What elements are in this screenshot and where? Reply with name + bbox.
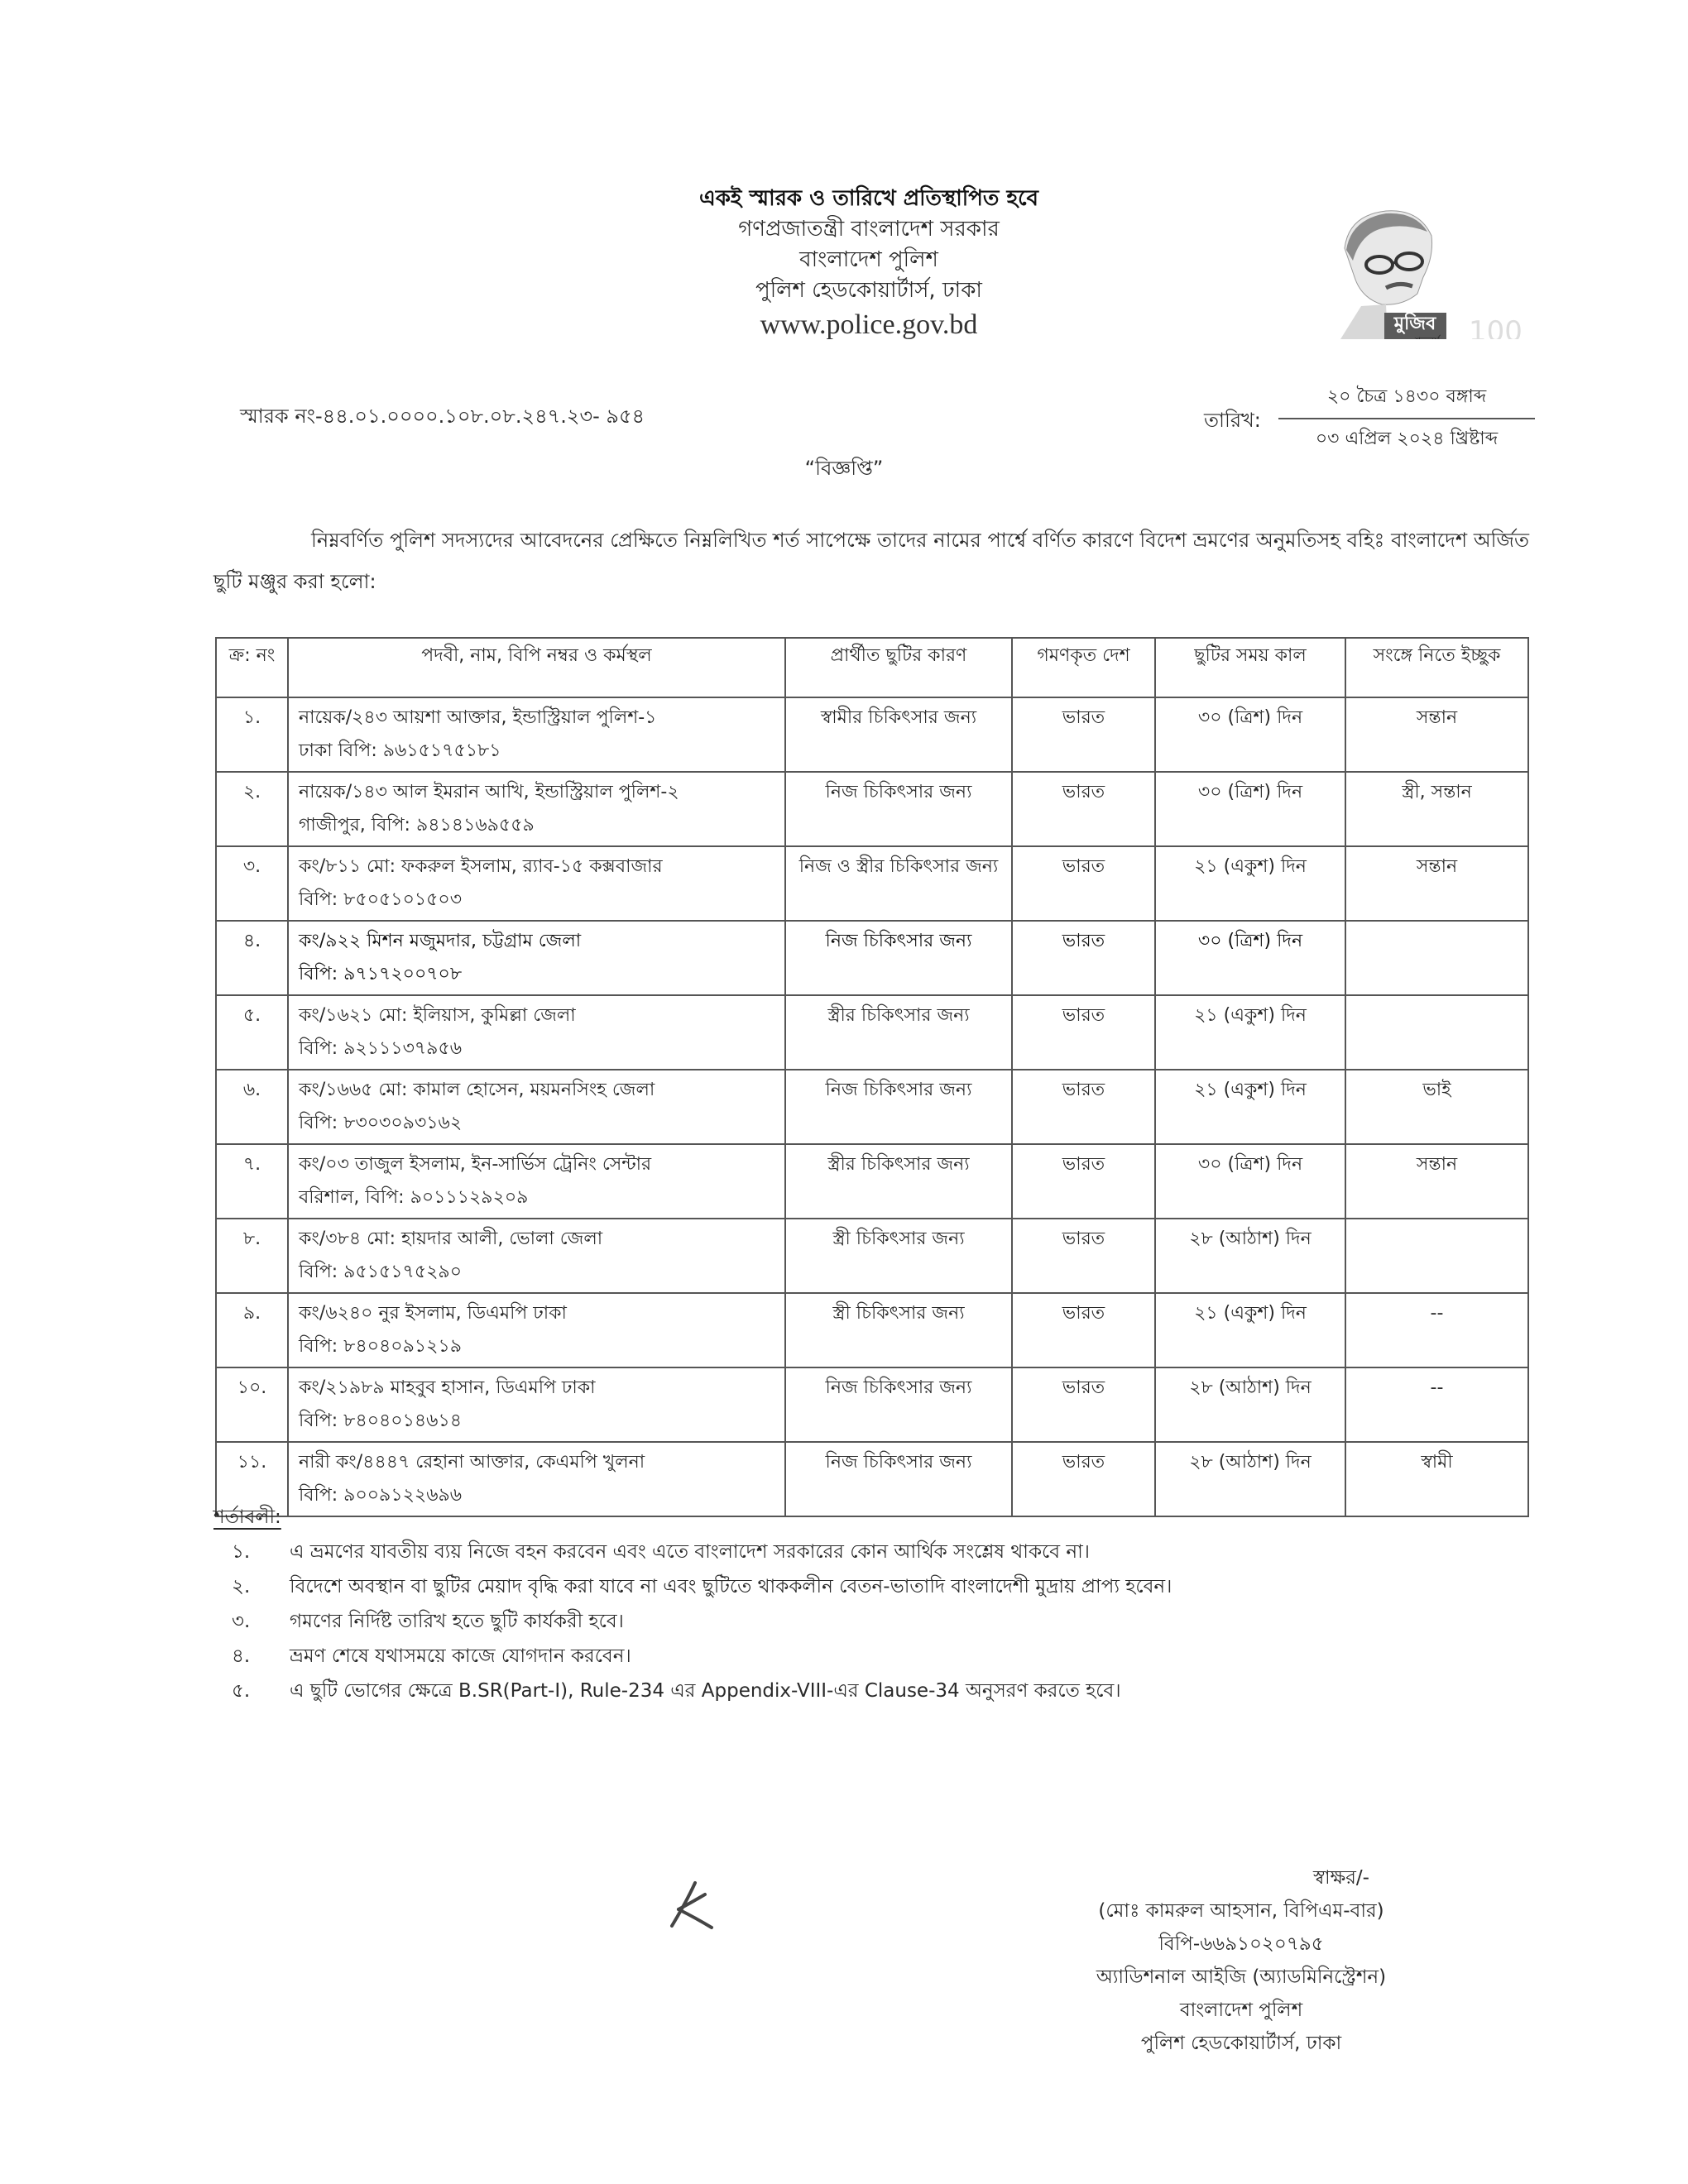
name-line: নায়েক/১৪৩ আল ইমরান আখি, ইন্ডাস্ট্রিয়াল… bbox=[299, 776, 778, 809]
department-name: বাংলাদেশ পুলিশ bbox=[579, 245, 1158, 275]
serial-cell: ৬. bbox=[216, 1070, 288, 1144]
condition-number: ৫. bbox=[232, 1674, 290, 1708]
col-serial: ক্র: নং bbox=[216, 638, 288, 697]
bp-line: বিপি: ৮৪০৪০১৪৬১৪ bbox=[299, 1405, 778, 1438]
condition-text: বিদেশে অবস্থান বা ছুটির মেয়াদ বৃদ্ধি কর… bbox=[290, 1569, 1523, 1604]
companion-cell: -- bbox=[1345, 1293, 1528, 1367]
col-country: গমণকৃত দেশ bbox=[1012, 638, 1155, 697]
name-line: কং/১৬৬৫ মো: কামাল হোসেন, ময়মনসিংহ জেলা bbox=[299, 1074, 778, 1107]
country-cell: ভারত bbox=[1012, 1442, 1155, 1516]
condition-text: এ ভ্রমণের যাবতীয় ব্যয় নিজে বহন করবেন এ… bbox=[290, 1535, 1523, 1569]
table-row: ৩.কং/৮১১ মো: ফকরুল ইসলাম, র‍্যাব-১৫ কক্স… bbox=[216, 846, 1528, 921]
serial-cell: ৪. bbox=[216, 921, 288, 995]
condition-text: এ ছুটি ভোগের ক্ষেত্রে B.SR(Part-I), Rule… bbox=[290, 1674, 1523, 1708]
col-companion: সংঙ্গে নিতে ইচ্ছুক bbox=[1345, 638, 1528, 697]
duration-cell: ২৮ (আঠাশ) দিন bbox=[1155, 1442, 1345, 1516]
country-cell: ভারত bbox=[1012, 1070, 1155, 1144]
condition-item: ২.বিদেশে অবস্থান বা ছুটির মেয়াদ বৃদ্ধি … bbox=[232, 1569, 1523, 1604]
reason-cell: নিজ চিকিৎসার জন্য bbox=[785, 921, 1012, 995]
table-row: ২.নায়েক/১৪৩ আল ইমরান আখি, ইন্ডাস্ট্রিয়… bbox=[216, 772, 1528, 846]
country-cell: ভারত bbox=[1012, 772, 1155, 846]
companion-cell: সন্তান bbox=[1345, 697, 1528, 772]
companion-cell: সন্তান bbox=[1345, 846, 1528, 921]
col-duration: ছুটির সময় কাল bbox=[1155, 638, 1345, 697]
serial-cell: ২. bbox=[216, 772, 288, 846]
conditions-title: শর্তাবলী: bbox=[213, 1501, 281, 1534]
name-line: নারী কং/৪৪৪৭ রেহানা আক্তার, কেএমপি খুলনা bbox=[299, 1446, 778, 1479]
reason-cell: নিজ চিকিৎসার জন্য bbox=[785, 1070, 1012, 1144]
table-row: ৭.কং/০৩ তাজুল ইসলাম, ইন-সার্ভিস ট্রেনিং … bbox=[216, 1144, 1528, 1219]
date-bangla: ২০ চৈত্র ১৪৩০ বঙ্গাব্দ bbox=[1278, 382, 1535, 419]
table-row: ১১.নারী কং/৪৪৪৭ রেহানা আক্তার, কেএমপি খু… bbox=[216, 1442, 1528, 1516]
bp-line: বরিশাল, বিপি: ৯০১১১২৯২০৯ bbox=[299, 1181, 778, 1214]
name-cell: নারী কং/৪৪৪৭ রেহানা আক্তার, কেএমপি খুলনা… bbox=[288, 1442, 785, 1516]
condition-item: ৪.ভ্রমণ শেষে যথাসময়ে কাজে যোগদান করবেন। bbox=[232, 1639, 1523, 1674]
table-row: ৫.কং/১৬২১ মো: ইলিয়াস, কুমিল্লা জেলাবিপি… bbox=[216, 995, 1528, 1070]
reason-cell: স্ত্রীর চিকিৎসার জন্য bbox=[785, 1144, 1012, 1219]
col-reason: প্রার্থীত ছুটির কারণ bbox=[785, 638, 1012, 697]
duration-cell: ৩০ (ত্রিশ) দিন bbox=[1155, 921, 1345, 995]
duration-cell: ৩০ (ত্রিশ) দিন bbox=[1155, 697, 1345, 772]
reason-cell: স্ত্রীর চিকিৎসার জন্য bbox=[785, 995, 1012, 1070]
signatory-department: বাংলাদেশ পুলিশ bbox=[1034, 1994, 1448, 2027]
country-cell: ভারত bbox=[1012, 1293, 1155, 1367]
memo-number: স্মারক নং-৪৪.০১.০০০০.১০৮.০৮.২৪৭.২৩- ৯৫৪ bbox=[240, 401, 645, 434]
name-cell: কং/০৩ তাজুল ইসলাম, ইন-সার্ভিস ট্রেনিং সে… bbox=[288, 1144, 785, 1219]
bp-line: বিপি: ৯৭১৭২০০৭০৮ bbox=[299, 958, 778, 991]
signatory-bp: বিপি-৬৬৯১০২০৭৯৫ bbox=[1034, 1928, 1448, 1961]
svg-text:শতবর্ষ: শতবর্ষ bbox=[1414, 335, 1441, 339]
name-cell: কং/৯২২ মিশন মজুমদার, চট্টগ্রাম জেলাবিপি:… bbox=[288, 921, 785, 995]
reason-cell: স্ত্রী চিকিৎসার জন্য bbox=[785, 1293, 1012, 1367]
office-name: পুলিশ হেডকোয়ার্টার্স, ঢাকা bbox=[579, 275, 1158, 306]
name-line: কং/১৬২১ মো: ইলিয়াস, কুমিল্লা জেলা bbox=[299, 999, 778, 1032]
date-block: ২০ চৈত্র ১৪৩০ বঙ্গাব্দ ০৩ এপ্রিল ২০২৪ খ্… bbox=[1278, 382, 1535, 455]
bp-line: বিপি: ৮৪০৪০৯১২১৯ bbox=[299, 1330, 778, 1363]
companion-cell: স্বামী bbox=[1345, 1442, 1528, 1516]
name-cell: কং/১৬৬৫ মো: কামাল হোসেন, ময়মনসিংহ জেলাব… bbox=[288, 1070, 785, 1144]
companion-cell bbox=[1345, 995, 1528, 1070]
serial-cell: ৯. bbox=[216, 1293, 288, 1367]
signature-block: স্বাক্ষর/- (মোঃ কামরুল আহসান, বিপিএম-বার… bbox=[1034, 1861, 1448, 2060]
notice-title: “বিজ্ঞপ্তি” bbox=[0, 453, 1688, 486]
name-cell: কং/৩৮৪ মো: হায়দার আলী, ভোলা জেলাবিপি: ৯… bbox=[288, 1219, 785, 1293]
name-cell: কং/২১৯৮৯ মাহবুব হাসান, ডিএমপি ঢাকাবিপি: … bbox=[288, 1367, 785, 1442]
table-row: ৬.কং/১৬৬৫ মো: কামাল হোসেন, ময়মনসিংহ জেল… bbox=[216, 1070, 1528, 1144]
table-row: ৪.কং/৯২২ মিশন মজুমদার, চট্টগ্রাম জেলাবিপ… bbox=[216, 921, 1528, 995]
letterhead: একই স্মারক ও তারিখে প্রতিস্থাপিত হবে গণপ… bbox=[579, 184, 1158, 344]
conditions-list: ১.এ ভ্রমণের যাবতীয় ব্যয় নিজে বহন করবেন… bbox=[232, 1535, 1523, 1708]
companion-cell: স্ত্রী, সন্তান bbox=[1345, 772, 1528, 846]
duration-cell: ২১ (একুশ) দিন bbox=[1155, 846, 1345, 921]
duration-cell: ২১ (একুশ) দিন bbox=[1155, 1070, 1345, 1144]
signatory-office: পুলিশ হেডকোয়ার্টার্স, ঢাকা bbox=[1034, 2027, 1448, 2060]
name-line: কং/০৩ তাজুল ইসলাম, ইন-সার্ভিস ট্রেনিং সে… bbox=[299, 1148, 778, 1181]
handwritten-initial-icon bbox=[654, 1876, 728, 1938]
name-cell: কং/৬২৪০ নুর ইসলাম, ডিএমপি ঢাকাবিপি: ৮৪০৪… bbox=[288, 1293, 785, 1367]
bp-line: বিপি: ৮৩০৩০৯৩১৬২ bbox=[299, 1107, 778, 1140]
condition-item: ৫.এ ছুটি ভোগের ক্ষেত্রে B.SR(Part-I), Ru… bbox=[232, 1674, 1523, 1708]
condition-item: ৩.গমণের নির্দিষ্ট তারিখ হতে ছুটি কার্যকর… bbox=[232, 1604, 1523, 1639]
table-header-row: ক্র: নং পদবী, নাম, বিপি নম্বর ও কর্মস্থল… bbox=[216, 638, 1528, 697]
table-row: ১০.কং/২১৯৮৯ মাহবুব হাসান, ডিএমপি ঢাকাবিপ… bbox=[216, 1367, 1528, 1442]
serial-cell: ১. bbox=[216, 697, 288, 772]
bp-line: বিপি: ৯০০৯১২২৬৯৬ bbox=[299, 1479, 778, 1512]
reason-cell: স্ত্রী চিকিৎসার জন্য bbox=[785, 1219, 1012, 1293]
reason-cell: নিজ চিকিৎসার জন্য bbox=[785, 772, 1012, 846]
table-row: ৮.কং/৩৮৪ মো: হায়দার আলী, ভোলা জেলাবিপি:… bbox=[216, 1219, 1528, 1293]
companion-cell bbox=[1345, 921, 1528, 995]
country-cell: ভারত bbox=[1012, 1144, 1155, 1219]
name-cell: নায়েক/২৪৩ আয়শা আক্তার, ইন্ডাস্ট্রিয়াল… bbox=[288, 697, 785, 772]
reason-cell: নিজ চিকিৎসার জন্য bbox=[785, 1442, 1012, 1516]
duration-cell: ২১ (একুশ) দিন bbox=[1155, 1293, 1345, 1367]
serial-cell: ১০. bbox=[216, 1367, 288, 1442]
svg-text:মুজিব: মুজিব bbox=[1393, 312, 1436, 335]
country-cell: ভারত bbox=[1012, 921, 1155, 995]
name-line: নায়েক/২৪৩ আয়শা আক্তার, ইন্ডাস্ট্রিয়াল… bbox=[299, 702, 778, 735]
condition-item: ১.এ ভ্রমণের যাবতীয় ব্যয় নিজে বহন করবেন… bbox=[232, 1535, 1523, 1569]
country-cell: ভারত bbox=[1012, 995, 1155, 1070]
table-row: ১.নায়েক/২৪৩ আয়শা আক্তার, ইন্ডাস্ট্রিয়… bbox=[216, 697, 1528, 772]
name-cell: কং/১৬২১ মো: ইলিয়াস, কুমিল্লা জেলাবিপি: … bbox=[288, 995, 785, 1070]
date-label: তারিখ: bbox=[1204, 405, 1261, 438]
name-line: কং/৬২৪০ নুর ইসলাম, ডিএমপি ঢাকা bbox=[299, 1297, 778, 1330]
companion-cell: ভাই bbox=[1345, 1070, 1528, 1144]
bp-line: বিপি: ৮৫০৫১০১৫০৩ bbox=[299, 884, 778, 917]
mujib-centenary-logo: মুজিব শতবর্ষ 100 bbox=[1312, 199, 1527, 339]
condition-number: ২. bbox=[232, 1569, 290, 1604]
name-line: কং/৮১১ মো: ফকরুল ইসলাম, র‍্যাব-১৫ কক্সবা… bbox=[299, 850, 778, 884]
duration-cell: ২৮ (আঠাশ) দিন bbox=[1155, 1367, 1345, 1442]
reason-cell: স্বামীর চিকিৎসার জন্য bbox=[785, 697, 1012, 772]
duration-cell: ২১ (একুশ) দিন bbox=[1155, 995, 1345, 1070]
duration-cell: ৩০ (ত্রিশ) দিন bbox=[1155, 1144, 1345, 1219]
companion-cell: -- bbox=[1345, 1367, 1528, 1442]
country-cell: ভারত bbox=[1012, 1219, 1155, 1293]
date-gregorian: ০৩ এপ্রিল ২০২৪ খ্রিষ্টাব্দ bbox=[1278, 419, 1535, 455]
reason-cell: নিজ চিকিৎসার জন্য bbox=[785, 1367, 1012, 1442]
name-line: কং/৯২২ মিশন মজুমদার, চট্টগ্রাম জেলা bbox=[299, 925, 778, 958]
name-line: কং/২১৯৮৯ মাহবুব হাসান, ডিএমপি ঢাকা bbox=[299, 1372, 778, 1405]
duration-cell: ৩০ (ত্রিশ) দিন bbox=[1155, 772, 1345, 846]
serial-cell: ৭. bbox=[216, 1144, 288, 1219]
condition-text: গমণের নির্দিষ্ট তারিখ হতে ছুটি কার্যকরী … bbox=[290, 1604, 1523, 1639]
notice-intro: নিম্নবর্ণিত পুলিশ সদস্যদের আবেদনের প্রেক… bbox=[213, 520, 1529, 602]
condition-number: ৪. bbox=[232, 1639, 290, 1674]
condition-text: ভ্রমণ শেষে যথাসময়ে কাজে যোগদান করবেন। bbox=[290, 1639, 1523, 1674]
svg-text:100: 100 bbox=[1469, 315, 1523, 339]
leave-table: ক্র: নং পদবী, নাম, বিপি নম্বর ও কর্মস্থল… bbox=[215, 637, 1529, 1517]
condition-number: ১. bbox=[232, 1535, 290, 1569]
country-cell: ভারত bbox=[1012, 846, 1155, 921]
signatory-name: (মোঃ কামরুল আহসান, বিপিএম-বার) bbox=[1034, 1894, 1448, 1928]
bp-line: বিপি: ৯৫১৫১৭৫২৯০ bbox=[299, 1256, 778, 1289]
government-name: গণপ্রজাতন্ত্রী বাংলাদেশ সরকার bbox=[579, 214, 1158, 245]
table-row: ৯.কং/৬২৪০ নুর ইসলাম, ডিএমপি ঢাকাবিপি: ৮৪… bbox=[216, 1293, 1528, 1367]
bp-line: ঢাকা বিপি: ৯৬১৫১৭৫১৮১ bbox=[299, 735, 778, 768]
serial-cell: ৫. bbox=[216, 995, 288, 1070]
signatory-designation: অ্যাডিশনাল আইজি (অ্যাডমিনিস্ট্রেশন) bbox=[1034, 1961, 1448, 1994]
companion-cell: সন্তান bbox=[1345, 1144, 1528, 1219]
name-line: কং/৩৮৪ মো: হায়দার আলী, ভোলা জেলা bbox=[299, 1223, 778, 1256]
name-cell: নায়েক/১৪৩ আল ইমরান আখি, ইন্ডাস্ট্রিয়াল… bbox=[288, 772, 785, 846]
col-name: পদবী, নাম, বিপি নম্বর ও কর্মস্থল bbox=[288, 638, 785, 697]
serial-cell: ৩. bbox=[216, 846, 288, 921]
website-link[interactable]: www.police.gov.bd bbox=[579, 306, 1158, 344]
condition-number: ৩. bbox=[232, 1604, 290, 1639]
country-cell: ভারত bbox=[1012, 697, 1155, 772]
serial-cell: ৮. bbox=[216, 1219, 288, 1293]
country-cell: ভারত bbox=[1012, 1367, 1155, 1442]
portrait-icon: মুজিব শতবর্ষ 100 bbox=[1312, 199, 1527, 339]
name-cell: কং/৮১১ মো: ফকরুল ইসলাম, র‍্যাব-১৫ কক্সবা… bbox=[288, 846, 785, 921]
reason-cell: নিজ ও স্ত্রীর চিকিৎসার জন্য bbox=[785, 846, 1012, 921]
bp-line: বিপি: ৯২১১১৩৭৯৫৬ bbox=[299, 1032, 778, 1066]
duration-cell: ২৮ (আঠাশ) দিন bbox=[1155, 1219, 1345, 1293]
signed-mark: স্বাক্ষর/- bbox=[1034, 1861, 1448, 1894]
companion-cell bbox=[1345, 1219, 1528, 1293]
bp-line: গাজীপুর, বিপি: ৯৪১৪১৬৯৫৫৯ bbox=[299, 809, 778, 842]
replacement-note: একই স্মারক ও তারিখে প্রতিস্থাপিত হবে bbox=[579, 184, 1158, 214]
